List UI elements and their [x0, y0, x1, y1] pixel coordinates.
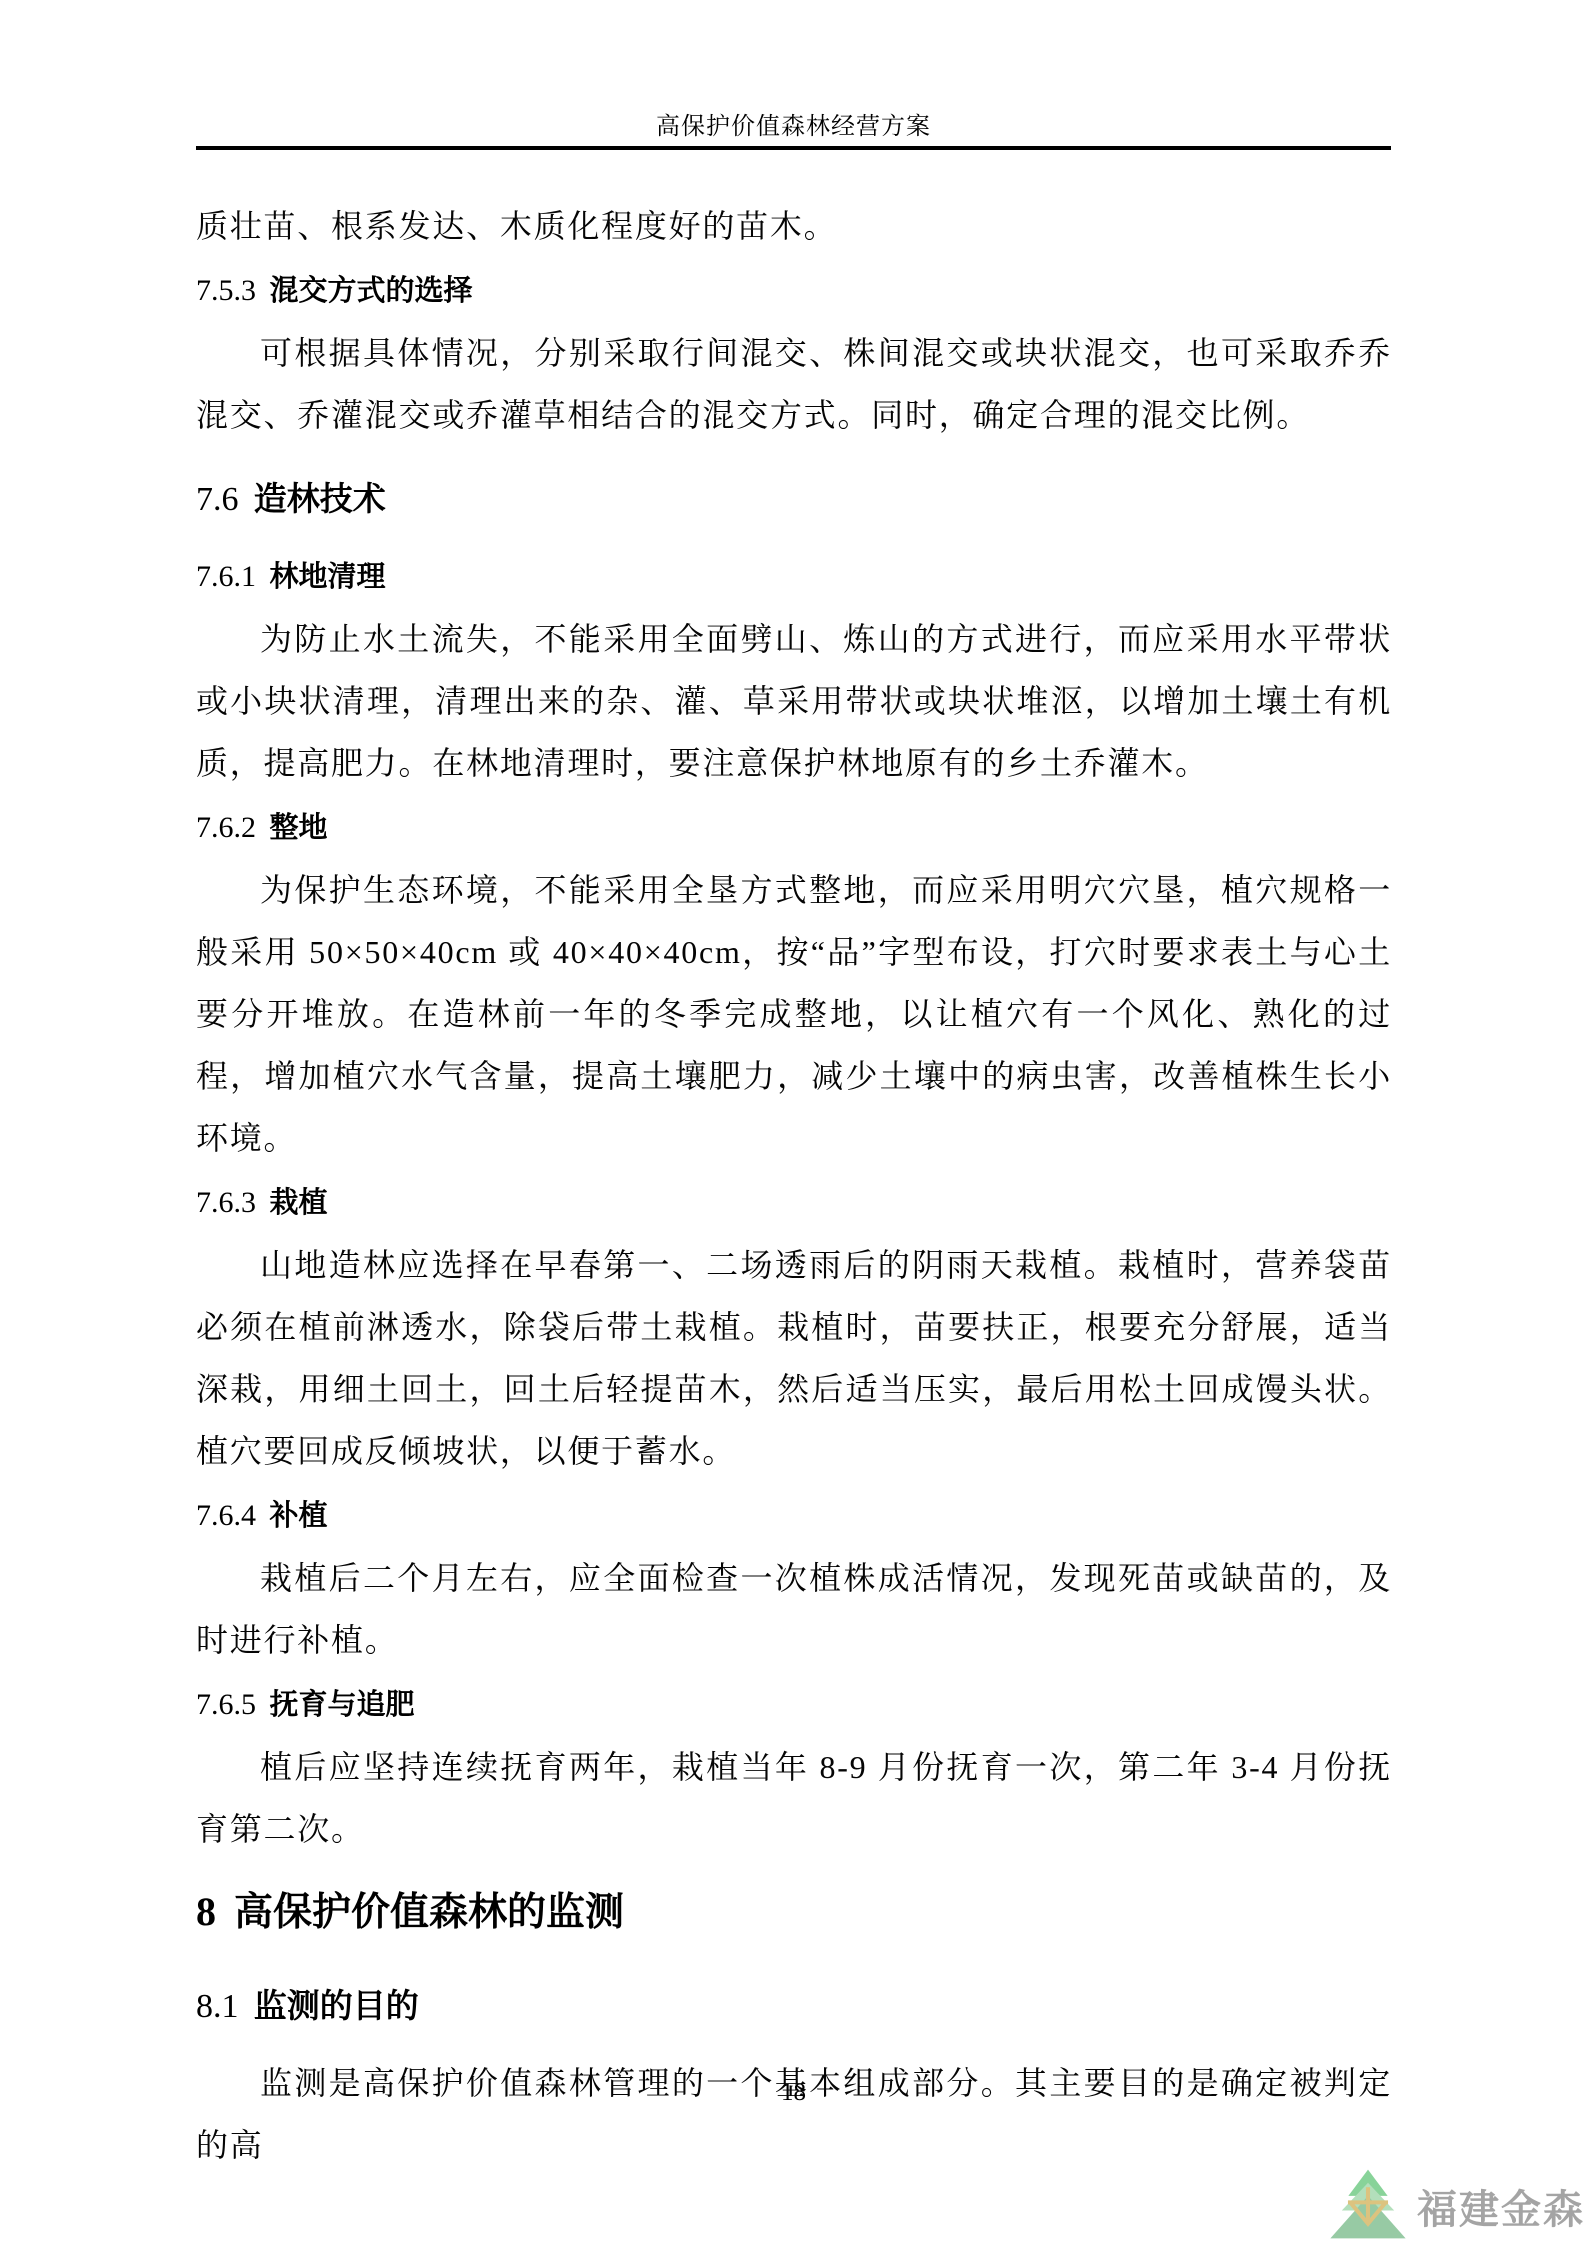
heading-title: 抚育与追肥	[270, 1687, 415, 1721]
heading-7-5-3: 7.5.3混交方式的选择	[196, 259, 1392, 322]
heading-title: 栽植	[270, 1185, 328, 1219]
brand-logo: 福建金森	[1327, 2168, 1585, 2245]
heading-7-6: 7.6造林技术	[196, 466, 1392, 533]
heading-title: 整地	[270, 810, 328, 844]
heading-7-6-1: 7.6.1林地清理	[196, 545, 1392, 608]
paragraph: 监测是高保护价值森林管理的一个基本组成部分。其主要目的是确定被判定的高	[196, 2052, 1392, 2176]
heading-number: 7.6.1	[196, 560, 256, 593]
heading-number: 7.6.4	[196, 1499, 256, 1532]
paragraph: 山地造林应选择在早春第一、二场透雨后的阴雨天栽植。栽植时，营养袋苗必须在植前淋透…	[196, 1234, 1392, 1482]
heading-title: 高保护价值森林的监测	[234, 1890, 624, 1935]
heading-7-6-4: 7.6.4补植	[196, 1484, 1392, 1547]
heading-7-6-2: 7.6.2整地	[196, 796, 1392, 859]
page-number: 18	[0, 2078, 1587, 2108]
heading-8-1: 8.1监测的目的	[196, 1973, 1392, 2040]
paragraph: 可根据具体情况，分别采取行间混交、株间混交或块状混交，也可采取乔乔混交、乔灌混交…	[196, 322, 1392, 446]
tree-logo-icon	[1327, 2168, 1409, 2245]
heading-title: 造林技术	[254, 479, 386, 518]
heading-number: 8.1	[196, 1988, 239, 2025]
heading-title: 混交方式的选择	[270, 273, 473, 307]
running-header: 高保护价值森林经营方案	[196, 0, 1391, 150]
heading-number: 7.6.3	[196, 1186, 256, 1219]
paragraph: 栽植后二个月左右，应全面检查一次植株成活情况，发现死苗或缺苗的，及时进行补植。	[196, 1547, 1392, 1671]
heading-number: 8	[196, 1889, 216, 1934]
document-page: 高保护价值森林经营方案 质壮苗、根系发达、木质化程度好的苗木。 7.5.3混交方…	[0, 0, 1587, 2245]
heading-number: 7.5.3	[196, 274, 256, 307]
heading-7-6-3: 7.6.3栽植	[196, 1171, 1392, 1234]
heading-number: 7.6.5	[196, 1688, 256, 1721]
running-header-title: 高保护价值森林经营方案	[196, 112, 1391, 142]
heading-title: 监测的目的	[254, 1986, 419, 2025]
paragraph: 为保护生态环境，不能采用全垦方式整地，而应采用明穴穴垦，植穴规格一般采用 50×…	[196, 859, 1392, 1169]
document-body: 质壮苗、根系发达、木质化程度好的苗木。 7.5.3混交方式的选择 可根据具体情况…	[196, 195, 1392, 2176]
heading-8: 8高保护价值森林的监测	[196, 1876, 1392, 1949]
heading-number: 7.6	[196, 481, 239, 518]
paragraph: 为防止水土流失，不能采用全面劈山、炼山的方式进行，而应采用水平带状或小块状清理，…	[196, 608, 1392, 794]
heading-title: 补植	[270, 1498, 328, 1532]
heading-title: 林地清理	[270, 559, 386, 593]
brand-logo-text: 福建金森	[1417, 2178, 1585, 2235]
paragraph: 植后应坚持连续抚育两年，栽植当年 8-9 月份抚育一次，第二年 3-4 月份抚育…	[196, 1736, 1392, 1860]
heading-number: 7.6.2	[196, 811, 256, 844]
heading-7-6-5: 7.6.5抚育与追肥	[196, 1673, 1392, 1736]
paragraph-continuation: 质壮苗、根系发达、木质化程度好的苗木。	[196, 195, 1392, 257]
